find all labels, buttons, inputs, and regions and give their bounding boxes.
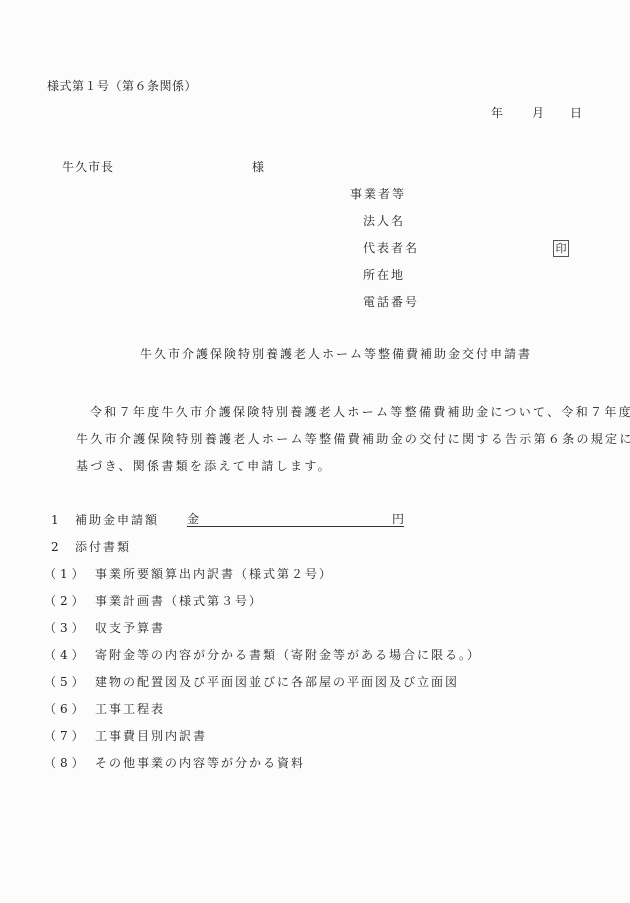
- body-line: 基づき、関係書類を添えて申請します。: [76, 459, 332, 473]
- item-number: 2: [51, 540, 59, 554]
- date-day-label: 日: [570, 106, 582, 120]
- attachment-item: 工事費目別内訳書: [95, 729, 207, 743]
- attachment-item: 建物の配置図及び平面図並びに各部屋の平面図及び立面図: [95, 675, 459, 689]
- address-label: 所在地: [363, 268, 405, 282]
- attachment-number: （8）: [44, 756, 88, 770]
- attachment-number: （3）: [44, 621, 88, 635]
- applicant-label: 事業者等: [350, 187, 406, 201]
- corporation-name-label: 法人名: [363, 214, 405, 228]
- date-year-label: 年: [491, 106, 503, 120]
- addressee-honorific: 様: [252, 160, 264, 174]
- attachment-number: （5）: [44, 675, 88, 689]
- body-line: 令和７年度牛久市介護保険特別養護老人ホーム等整備費補助金について、令和７年度: [90, 405, 630, 419]
- attachments-label: 添付書類: [75, 540, 131, 554]
- document-title: 牛久市介護保険特別養護老人ホーム等整備費補助金交付申請書: [140, 347, 532, 361]
- form-number: 様式第１号（第６条関係）: [47, 79, 197, 93]
- attachment-item: 事業所要額算出内訳書（様式第２号）: [95, 567, 333, 581]
- attachment-item: 工事工程表: [95, 702, 165, 716]
- date-month-label: 月: [532, 106, 544, 120]
- attachment-number: （1）: [44, 567, 88, 581]
- amount-label: 補助金申請額: [75, 513, 159, 527]
- attachment-item: その他事業の内容等が分かる資料: [95, 756, 305, 770]
- attachment-number: （2）: [44, 594, 88, 608]
- attachment-item: 収支予算書: [95, 621, 165, 635]
- representative-name-label: 代表者名: [363, 241, 419, 255]
- phone-label: 電話番号: [363, 295, 419, 309]
- amount-suffix: 円: [392, 512, 404, 526]
- addressee-name: 牛久市長: [62, 160, 114, 174]
- item-number: 1: [51, 513, 59, 527]
- attachment-number: （6）: [44, 702, 88, 716]
- amount-prefix: 金: [187, 512, 199, 526]
- seal-mark: 印: [553, 240, 569, 257]
- body-line: 牛久市介護保険特別養護老人ホーム等整備費補助金の交付に関する告示第６条の規定に: [76, 432, 630, 446]
- amount-field[interactable]: 金 円: [187, 512, 404, 527]
- attachment-number: （7）: [44, 729, 88, 743]
- attachment-number: （4）: [44, 648, 88, 662]
- attachment-item: 寄附金等の内容が分かる書類（寄附金等がある場合に限る。）: [95, 648, 481, 662]
- attachment-item: 事業計画書（様式第３号）: [95, 594, 263, 608]
